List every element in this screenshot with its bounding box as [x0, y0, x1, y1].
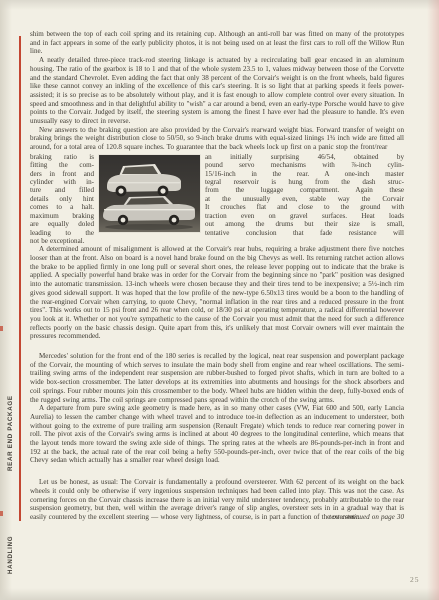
paragraph-braking-intro: New answers to the braking question are … — [30, 126, 404, 152]
section-gap — [30, 341, 404, 352]
paragraph-rear-suspension: Mercedes' solution for the front end of … — [30, 352, 404, 404]
section-gap — [30, 465, 404, 478]
text-line: It crouches flat and close to the ground… — [205, 203, 404, 211]
article-text-column: shim between the top of each coil spring… — [30, 30, 404, 522]
paragraph-handling-wrapper: Let us be honest, as usual: The Corvair … — [30, 478, 404, 522]
text-line: not be exceptional. — [30, 237, 94, 245]
text-line: leading to the — [30, 229, 94, 237]
paragraph-swing-axle-geometry: A departure from pure swing axle geometr… — [30, 404, 404, 465]
text-line: tentative conclusion that fade resistanc… — [205, 229, 404, 237]
text-line: from the luggage compartment. Again thes… — [205, 186, 404, 194]
page-edge-shadow-top — [0, 0, 439, 10]
paragraph-steering: A neatly detailed three-piece track-rod … — [30, 56, 404, 126]
page-number: 25 — [410, 575, 420, 584]
text-line: tegral reservoir is hung from the dash s… — [205, 178, 404, 186]
text-line: braking ratio is — [30, 153, 94, 161]
paragraph-shim-continuation: shim between the top of each coil spring… — [30, 30, 404, 56]
text-line: 15/16-inch in the rear. A one-inch maste… — [205, 170, 404, 178]
text-line: are equally doled — [30, 220, 94, 228]
magazine-page: REAR END PACKAGE HANDLING shim between t… — [0, 0, 439, 600]
page-edge-shadow-bottom — [0, 588, 439, 600]
text-line: pound servo mechanisms with ⅞-inch cylin… — [205, 161, 404, 169]
text-line: ture and filled — [30, 186, 94, 194]
text-line: fitting the com- — [30, 161, 94, 169]
text-line: details only hint — [30, 195, 94, 203]
continued-note: text continued on page 30 — [329, 513, 404, 522]
text-wrap-row: braking ratio isfitting the com-ders in … — [30, 153, 404, 245]
text-line: out among the drums but their size is sm… — [205, 220, 404, 228]
wrap-left-column: braking ratio isfitting the com-ders in … — [30, 153, 94, 245]
text-line: ders in front and — [30, 170, 94, 178]
wrap-right-column: an initially surprising 46/54, obtained … — [205, 153, 404, 245]
margin-section-rule — [19, 36, 21, 521]
page-edge-shadow-right — [427, 0, 439, 600]
paragraph-handbrake-wheels: A determined amount of misalignment is a… — [30, 245, 404, 341]
text-line: traction even on gravel surfaces. Heat l… — [205, 212, 404, 220]
text-line: at the unusually even, stable way the Co… — [205, 195, 404, 203]
car-photo — [99, 155, 200, 232]
text-line: comes to a halt. — [30, 203, 94, 211]
text-line: an initially surprising 46/54, obtained … — [205, 153, 404, 161]
margin-tick — [0, 326, 3, 331]
margin-section-label-handling: HANDLING — [7, 536, 14, 574]
margin-tick — [0, 511, 3, 516]
text-line: maximum braking — [30, 212, 94, 220]
text-line: cylinder with in- — [30, 178, 94, 186]
two-cars-photo-illustration — [99, 155, 200, 232]
page-edge-shadow-left — [0, 0, 12, 600]
margin-section-label-rear-end-package: REAR END PACKAGE — [7, 395, 14, 471]
